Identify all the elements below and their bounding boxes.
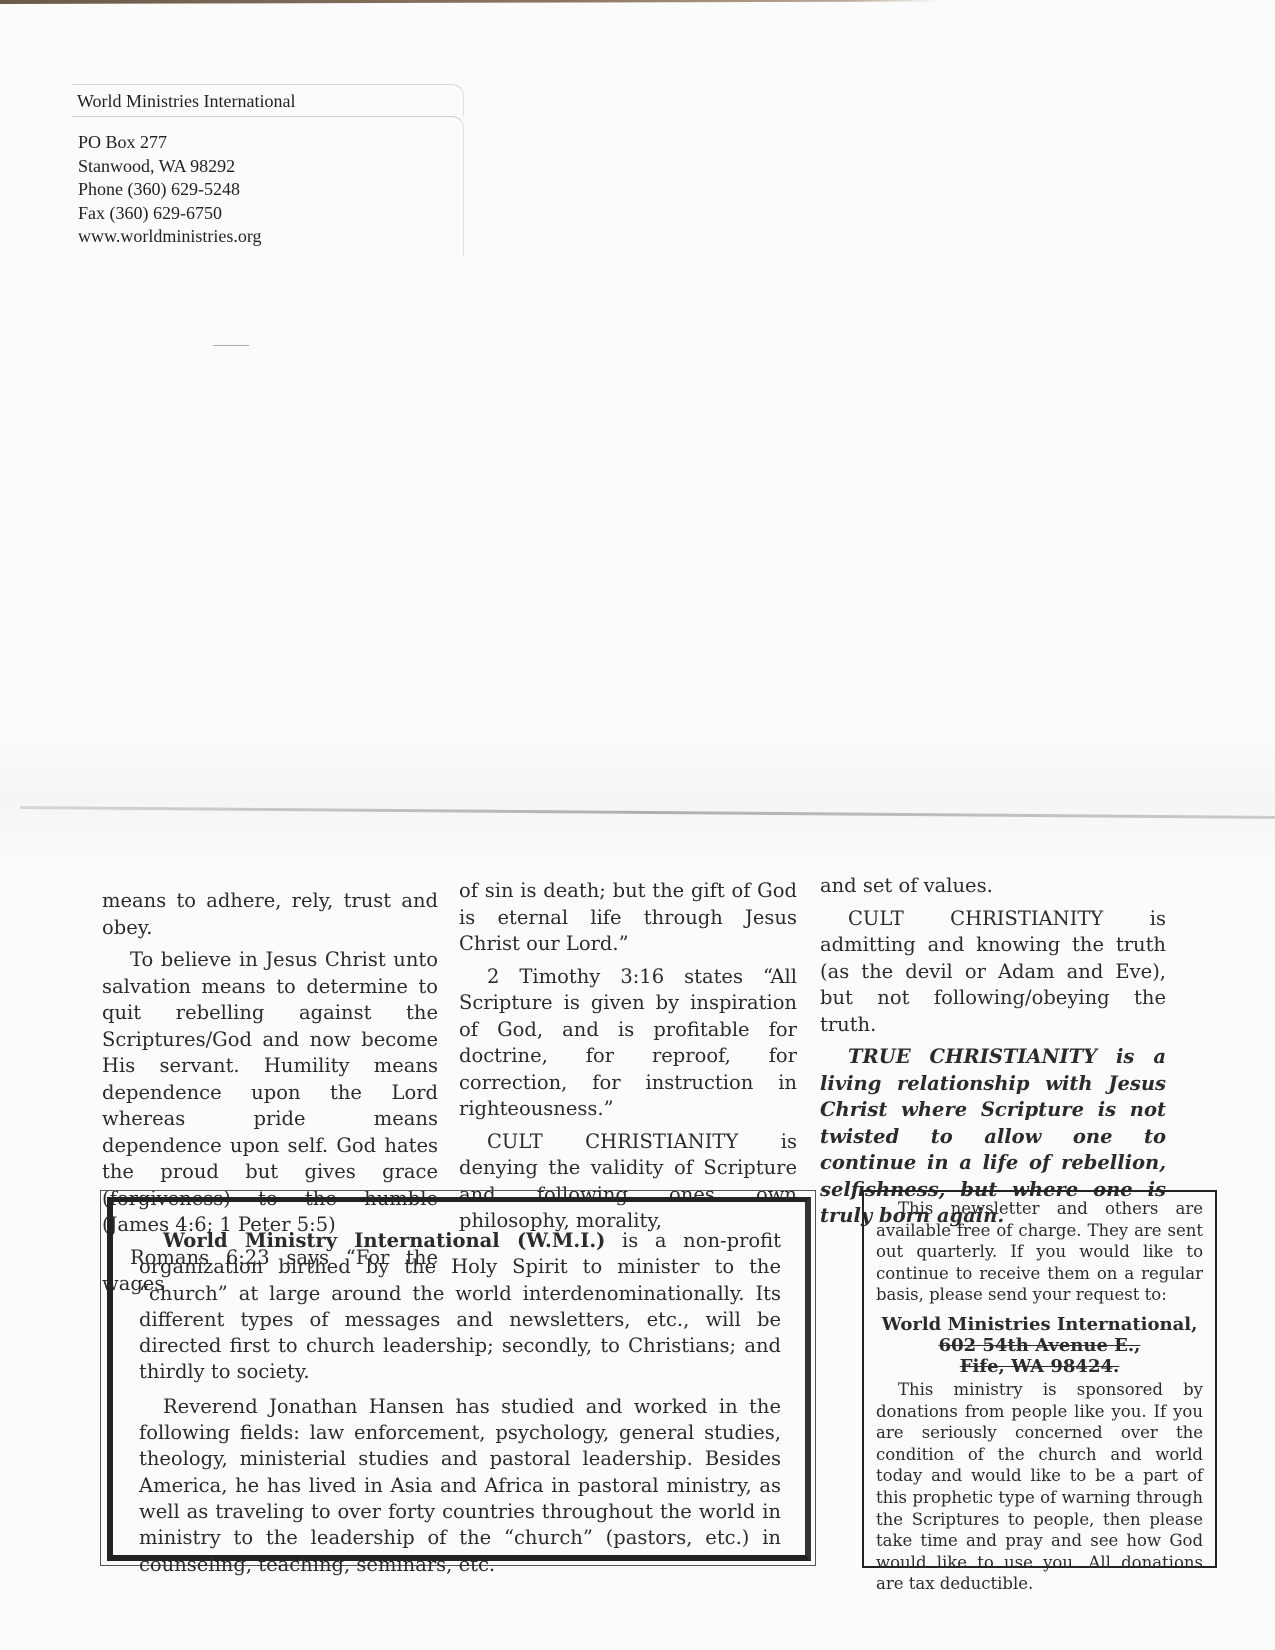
- about-text: is a non-profit organization birthed by …: [139, 1229, 781, 1383]
- website-link[interactable]: www.worldministries.org: [78, 225, 463, 249]
- letterhead-title: World Ministries International: [72, 84, 464, 116]
- about-organization-box: World Ministry International (W.M.I.) is…: [100, 1190, 816, 1566]
- page-top-edge: [0, 0, 940, 4]
- paragraph: of sin is death; but the gift of God is …: [459, 878, 797, 958]
- organization-name: World Ministry International (W.M.I.): [163, 1229, 605, 1252]
- about-organization-box-inner: World Ministry International (W.M.I.) is…: [107, 1197, 811, 1561]
- address-street-struck: 602 54th Avenue E.,: [876, 1335, 1203, 1356]
- paragraph: 2 Timothy 3:16 states “All Scripture is …: [459, 964, 797, 1123]
- letterhead-address: PO Box 277 Stanwood, WA 98292 Phone (360…: [72, 116, 464, 256]
- paragraph: CULT CHRISTIANITY is admitting and knowi…: [820, 906, 1166, 1039]
- donation-paragraph: This ministry is sponsored by donations …: [876, 1379, 1203, 1595]
- mailing-address: World Ministries International, 602 54th…: [876, 1314, 1203, 1377]
- address-city-struck: Fife, WA 98424.: [876, 1356, 1203, 1377]
- stray-mark: [213, 345, 249, 346]
- subscription-paragraph: This newsletter and others are available…: [876, 1198, 1203, 1306]
- subscription-box: This newsletter and others are available…: [862, 1190, 1217, 1568]
- paragraph: means to adhere, rely, trust and obey.: [102, 888, 438, 941]
- city-state-zip: Stanwood, WA 98292: [78, 155, 463, 179]
- article-column-3: and set of values. CULT CHRISTIANITY is …: [820, 873, 1166, 1236]
- letterhead: World Ministries International PO Box 27…: [72, 84, 464, 254]
- phone: Phone (360) 629-5248: [78, 178, 463, 202]
- reverend-bio-paragraph: Reverend Jonathan Hansen has studied and…: [139, 1394, 781, 1578]
- fax: Fax (360) 629-6750: [78, 202, 463, 226]
- paragraph: and set of values.: [820, 873, 1166, 900]
- address-name: World Ministries International,: [876, 1314, 1203, 1335]
- po-box: PO Box 277: [78, 131, 463, 155]
- fold-shadow: [0, 740, 1275, 860]
- article-column-2: of sin is death; but the gift of God is …: [459, 878, 797, 1241]
- about-paragraph: World Ministry International (W.M.I.) is…: [139, 1228, 781, 1386]
